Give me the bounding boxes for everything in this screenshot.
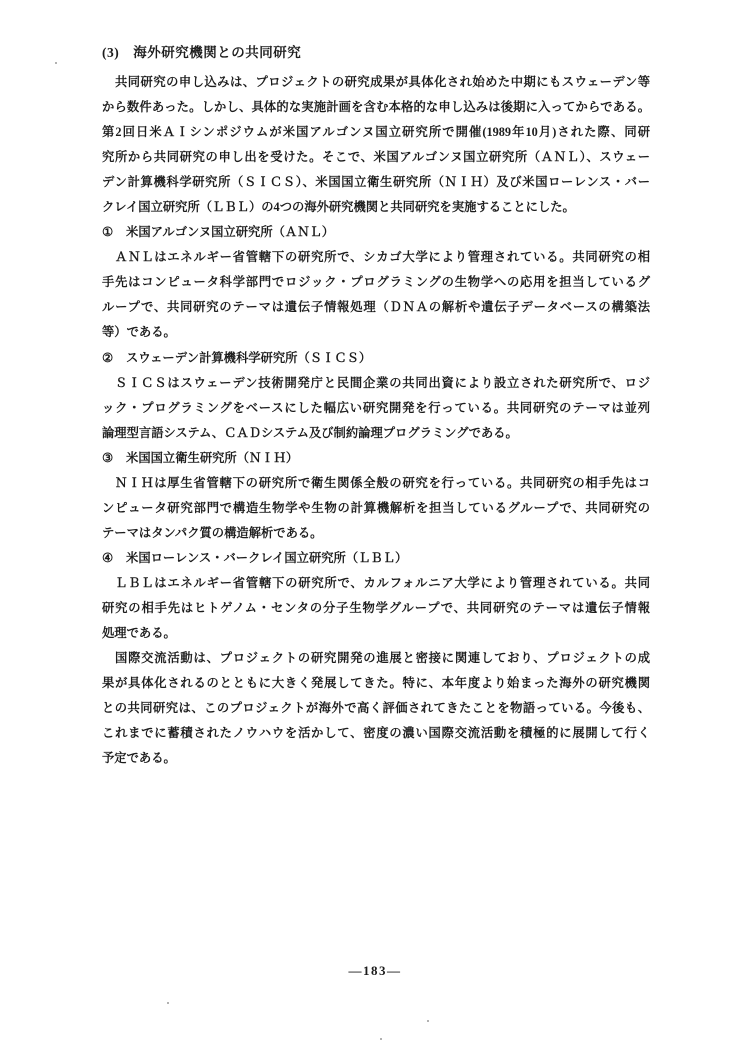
text-line: 予定である。 xyxy=(102,746,650,771)
text-line: テーマはタンパク質の構造解析である。 xyxy=(102,521,650,546)
scan-speck xyxy=(55,62,57,64)
text-line: ＮＩＨは厚生省管轄下の研究所で衛生関係全般の研究を行っている。共同研究の相手先は… xyxy=(102,471,650,496)
section-title: 海外研究機関との共同研究 xyxy=(133,45,301,60)
section-number: (3) xyxy=(102,45,119,60)
text-line: 究所から共同研究の申し出を受けた。そこで、米国アルゴンヌ国立研究所（ＡＮＬ）、ス… xyxy=(102,145,650,170)
item-number-marker: ② xyxy=(102,351,113,365)
text-line: 共同研究の申し込みは、プロジェクトの研究成果が具体化され始めた中期にもスウェーデ… xyxy=(102,70,650,95)
text-line: 論理型言語システム、ＣＡＤシステム及び制約論理プログラミングである。 xyxy=(102,421,650,446)
text-line: から数件あった。しかし、具体的な実施計画を含む本格的な申し込みは後期に入ってから… xyxy=(102,95,650,120)
text-line: 国際交流活動は、プロジェクトの研究開発の進展と密接に関連しており、プロジェクトの… xyxy=(102,646,650,671)
document-body: (3)海外研究機関との共同研究 共同研究の申し込みは、プロジェクトの研究成果が具… xyxy=(102,40,650,771)
section-heading: (3)海外研究機関との共同研究 xyxy=(102,40,650,65)
text-line: クレイ国立研究所（ＬＢＬ）の4つの海外研究機関と共同研究を実施することにした。 xyxy=(102,195,650,220)
text-line: ＡＮＬはエネルギー省管轄下の研究所で、シカゴ大学により管理されている。共同研究の… xyxy=(102,245,650,270)
scan-speck xyxy=(427,1020,429,1022)
text-line: 果が具体化されるのとともに大きく発展してきた。特に、本年度より始まった海外の研究… xyxy=(102,671,650,696)
text-line: 研究の相手先はヒトゲノム・センタの分子生物学グループで、共同研究のテーマは遺伝子… xyxy=(102,596,650,621)
item-heading-text: 米国アルゴンヌ国立研究所（ＡＮＬ） xyxy=(126,225,334,239)
text-line: デン計算機科学研究所（ＳＩＣＳ）、米国国立衛生研究所（ＮＩＨ）及び米国ローレンス… xyxy=(102,170,650,195)
paragraph-lines: 共同研究の申し込みは、プロジェクトの研究成果が具体化され始めた中期にもスウェーデ… xyxy=(102,70,650,771)
scan-speck xyxy=(380,1038,382,1040)
item-heading-line: ④米国ローレンス・バークレイ国立研究所（ＬＢＬ） xyxy=(102,546,650,571)
text-line: との共同研究は、このプロジェクトが海外で高く評価されてきたことを物語っている。今… xyxy=(102,696,650,721)
page-number: —183— xyxy=(0,963,750,979)
text-line: 手先はコンピュータ科学部門でロジック・プログラミングの生物学への応用を担当してい… xyxy=(102,270,650,295)
text-line: 第2回日米ＡＩシンポジウムが米国アルゴンヌ国立研究所で開催(1989年10月)さ… xyxy=(102,120,650,145)
text-line: ＬＢＬはエネルギー省管轄下の研究所で、カルフォルニア大学により管理されている。共… xyxy=(102,571,650,596)
text-line: ループで、共同研究のテーマは遺伝子情報処理（ＤＮＡの解析や遺伝子データベースの構… xyxy=(102,295,650,320)
item-number-marker: ① xyxy=(102,225,113,239)
item-heading-line: ②スウェーデン計算機科学研究所（ＳＩＣＳ） xyxy=(102,346,650,371)
scan-speck xyxy=(167,1002,169,1004)
text-line: ック・プログラミングをベースにした幅広い研究開発を行っている。共同研究のテーマは… xyxy=(102,396,650,421)
item-heading-text: 米国ローレンス・バークレイ国立研究所（ＬＢＬ） xyxy=(126,551,407,565)
item-number-marker: ④ xyxy=(102,551,113,565)
item-heading-line: ①米国アルゴンヌ国立研究所（ＡＮＬ） xyxy=(102,220,650,245)
item-heading-line: ③米国国立衛生研究所（ＮＩＨ） xyxy=(102,446,650,471)
item-heading-text: スウェーデン計算機科学研究所（ＳＩＣＳ） xyxy=(126,351,371,365)
text-line: ンピュータ研究部門で構造生物学や生物の計算機解析を担当しているグループで、共同研… xyxy=(102,496,650,521)
item-heading-text: 米国国立衛生研究所（ＮＩＨ） xyxy=(126,451,298,465)
scanned-document-page: (3)海外研究機関との共同研究 共同研究の申し込みは、プロジェクトの研究成果が具… xyxy=(0,0,750,1054)
text-line: 等）である。 xyxy=(102,320,650,345)
item-number-marker: ③ xyxy=(102,451,113,465)
text-line: ＳＩＣＳはスウェーデン技術開発庁と民間企業の共同出資により設立された研究所で、ロ… xyxy=(102,371,650,396)
text-line: これまでに蓄積されたノウハウを活かして、密度の濃い国際交流活動を積極的に展開して… xyxy=(102,721,650,746)
text-line: 処理である。 xyxy=(102,621,650,646)
